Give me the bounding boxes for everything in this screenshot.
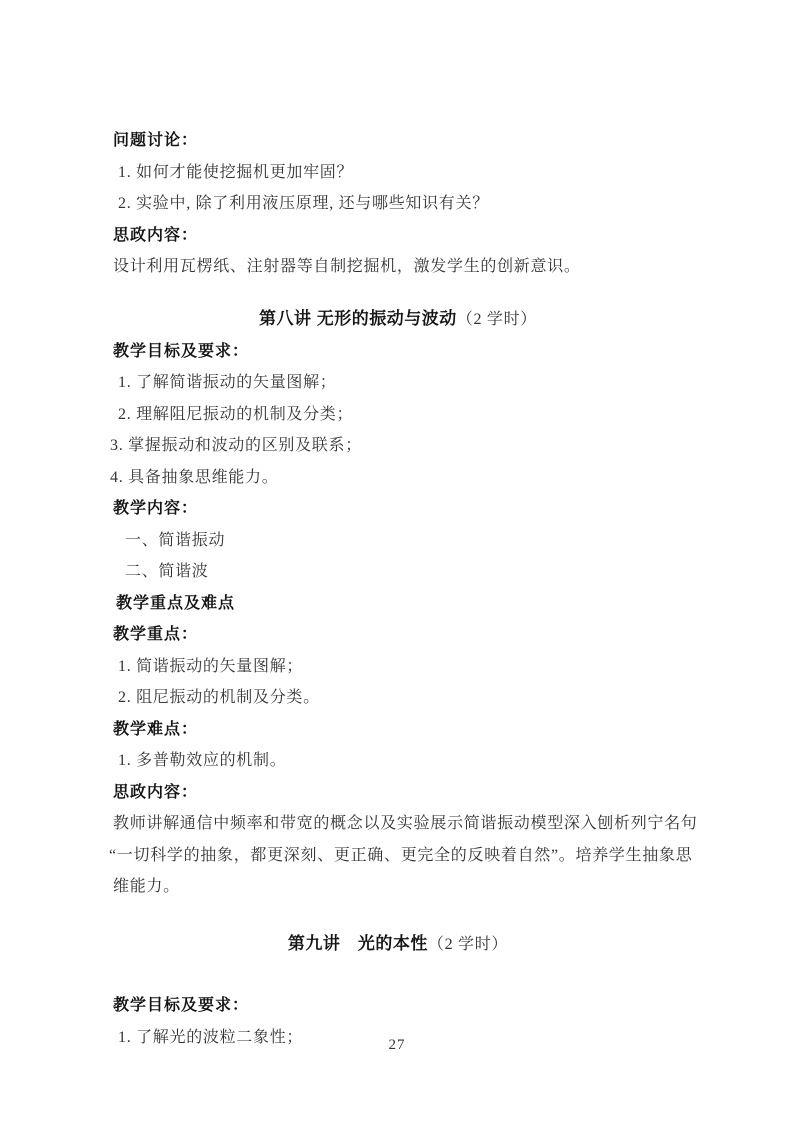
section-heading: 问题讨论：: [113, 125, 683, 157]
chapter-title-hours: （2 学时）: [428, 936, 508, 953]
list-item: 2. 阻尼振动的机制及分类。: [118, 682, 683, 714]
list-item: 一、简谐振动: [125, 525, 683, 557]
section-heading: 教学重点：: [113, 619, 683, 651]
section-heading: 教学内容：: [113, 493, 683, 525]
chapter-title-hours: （2 学时）: [457, 311, 537, 328]
list-item: 1. 如何才能使挖掘机更加牢固？: [118, 157, 683, 189]
list-item: 2. 实验中, 除了利用液压原理, 还与哪些知识有关？: [118, 188, 683, 220]
section-heading: 思政内容：: [113, 220, 683, 252]
body-text: 维能力。: [113, 871, 683, 903]
document-body: 问题讨论：1. 如何才能使挖掘机更加牢固？2. 实验中, 除了利用液压原理, 还…: [113, 125, 683, 1053]
body-text: 设计利用瓦楞纸、注射器等自制挖掘机，激发学生的创新意识。: [113, 251, 683, 283]
document-page: 问题讨论：1. 如何才能使挖掘机更加牢固？2. 实验中, 除了利用液压原理, 还…: [0, 0, 794, 1123]
page-number: 27: [0, 1037, 794, 1054]
list-item: 3. 掌握振动和波动的区别及联系；: [110, 430, 683, 462]
list-item: 1. 简谐振动的矢量图解；: [118, 651, 683, 683]
section-heading: 教学难点：: [113, 714, 683, 746]
section-heading: 教学重点及难点: [116, 588, 683, 620]
list-item: 1. 了解简谐振动的矢量图解；: [118, 367, 683, 399]
body-text: “一切科学的抽象，都更深刻、更正确、更完全的反映着自然”。培养学生抽象思: [109, 840, 683, 872]
list-item: 2. 理解阻尼振动的机制及分类；: [118, 399, 683, 431]
list-item: 4. 具备抽象思维能力。: [110, 462, 683, 494]
list-item: 1. 多普勒效应的机制。: [118, 745, 683, 777]
section-heading: 教学目标及要求：: [113, 336, 683, 368]
chapter-title-text: 第九讲 光的本性: [288, 934, 428, 953]
chapter-title-text: 第八讲 无形的振动与波动: [259, 309, 457, 328]
chapter-title: 第八讲 无形的振动与波动（2 学时）: [113, 303, 683, 336]
section-heading: 教学目标及要求：: [113, 990, 683, 1022]
section-heading: 思政内容：: [113, 777, 683, 809]
list-item: 二、简谐波: [125, 556, 683, 588]
chapter-title: 第九讲 光的本性（2 学时）: [113, 928, 683, 961]
body-text: 教师讲解通信中频率和带宽的概念以及实验展示简谐振动模型深入刨析列宁名句: [113, 808, 683, 840]
